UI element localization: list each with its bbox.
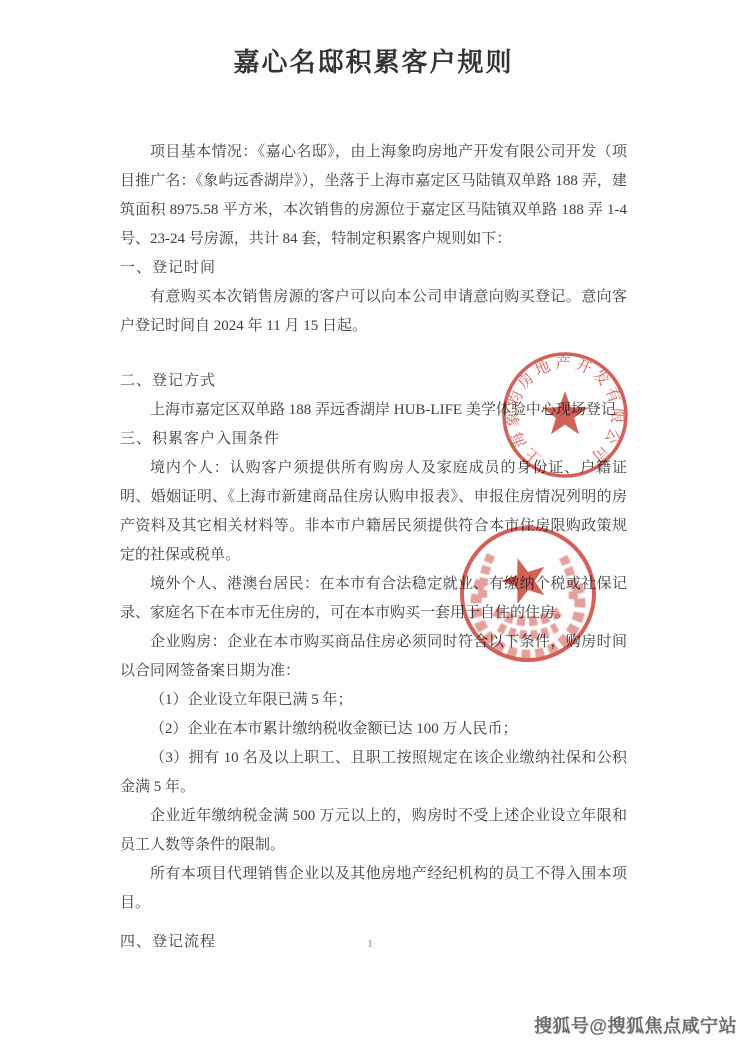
doc-paragraph: （3）拥有 10 名及以上职工、且职工按照规定在该企业缴纳社保和公积金满 5 年…	[120, 744, 627, 802]
doc-paragraph: 有意购买本次销售房源的客户可以向本公司申请意向购买登记。意向客户登记时间自 20…	[120, 283, 627, 341]
document-title: 嘉心名邸积累客户规则	[120, 46, 627, 80]
doc-spacer	[120, 341, 627, 367]
doc-paragraph: （1）企业设立年限已满 5 年；	[120, 686, 627, 715]
doc-paragraph: 企业近年缴纳税金满 500 万元以上的，购房时不受上述企业设立年限和员工人数等条…	[120, 802, 627, 860]
page-number: 1	[0, 938, 740, 950]
document-page: 嘉心名邸积累客户规则 项目基本情况：《嘉心名邸》，由上海象昀房地产开发有限公司开…	[0, 0, 740, 1046]
doc-paragraph: （2）企业在本市累计缴纳税收金额已达 100 万人民币；	[120, 715, 627, 744]
document-content: 嘉心名邸积累客户规则 项目基本情况：《嘉心名邸》，由上海象昀房地产开发有限公司开…	[120, 46, 627, 957]
doc-paragraph: 所有本项目代理销售企业以及其他房地产经纪机构的员工不得入围本项目。	[120, 860, 627, 918]
watermark-souhu: 搜狐号@搜狐焦点咸宁站	[534, 1012, 737, 1038]
section-heading: 二、登记方式	[120, 367, 627, 396]
document-body: 项目基本情况：《嘉心名邸》，由上海象昀房地产开发有限公司开发（项目推广名：《象屿…	[120, 138, 627, 957]
doc-paragraph: 上海市嘉定区双单路 188 弄远香湖岸 HUB-LIFE 美学体验中心现场登记	[120, 396, 627, 425]
section-heading: 一、登记时间	[120, 254, 627, 283]
doc-paragraph: 项目基本情况：《嘉心名邸》，由上海象昀房地产开发有限公司开发（项目推广名：《象屿…	[120, 138, 627, 254]
doc-spacer	[120, 918, 627, 928]
doc-paragraph: 企业购房：企业在本市购买商品住房必须同时符合以下条件，购房时间以合同网签备案日期…	[120, 628, 627, 686]
doc-paragraph: 境外个人、港澳台居民：在本市有合法稳定就业、有缴纳个税或社保记录、家庭名下在本市…	[120, 570, 627, 628]
section-heading: 三、积累客户入围条件	[120, 425, 627, 454]
doc-paragraph: 境内个人：认购客户须提供所有购房人及家庭成员的身份证、户籍证明、婚姻证明、《上海…	[120, 454, 627, 570]
